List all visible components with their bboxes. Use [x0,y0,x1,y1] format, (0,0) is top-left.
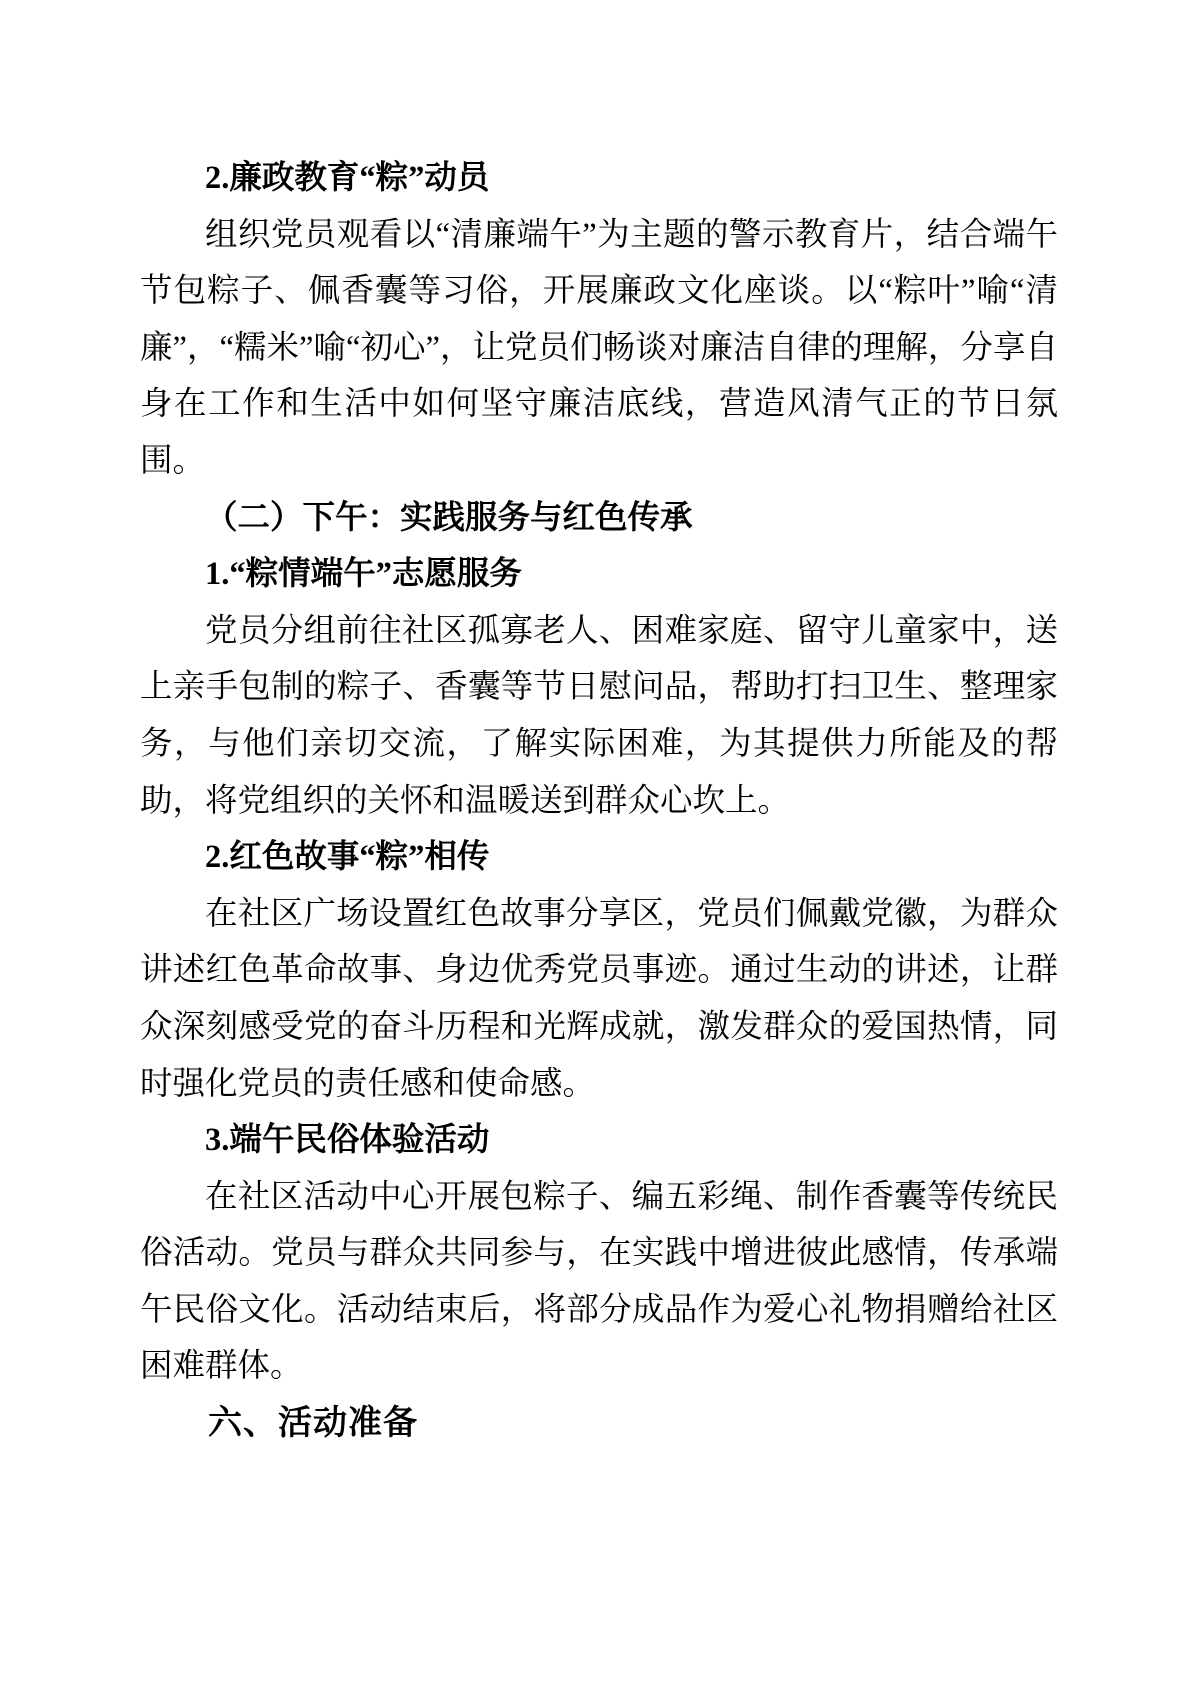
document-body: 2.廉政教育“粽”动员 组织党员观看以“清廉端午”为主题的警示教育片，结合端午节… [140,150,1058,1452]
paragraph-lianzheng-jiaoyu: 组织党员观看以“清廉端午”为主题的警示教育片，结合端午节包粽子、佩香囊等习俗，开… [140,207,1058,490]
paragraph-red-story: 在社区广场设置红色故事分享区，党员们佩戴党徽，为群众讲述红色革命故事、身边优秀党… [140,886,1058,1112]
subheading-afternoon-section: （二）下午：实践服务与红色传承 [140,490,1058,547]
subheading-1-zongqing-duanwu: 1.“粽情端午”志愿服务 [140,546,1058,603]
subheading-2-lianzheng-jiaoyu: 2.廉政教育“粽”动员 [140,150,1058,207]
document-page: 2.廉政教育“粽”动员 组织党员观看以“清廉端午”为主题的警示教育片，结合端午节… [0,0,1190,1683]
paragraph-minsu-activity: 在社区活动中心开展包粽子、编五彩绳、制作香囊等传统民俗活动。党员与群众共同参与，… [140,1169,1058,1395]
subheading-3-minsu-tiyan: 3.端午民俗体验活动 [140,1112,1058,1169]
heading-six-activity-preparation: 六、活动准备 [140,1395,1058,1452]
paragraph-volunteer-service: 党员分组前往社区孤寡老人、困难家庭、留守儿童家中，送上亲手包制的粽子、香囊等节日… [140,603,1058,829]
subheading-2-red-story: 2.红色故事“粽”相传 [140,829,1058,886]
